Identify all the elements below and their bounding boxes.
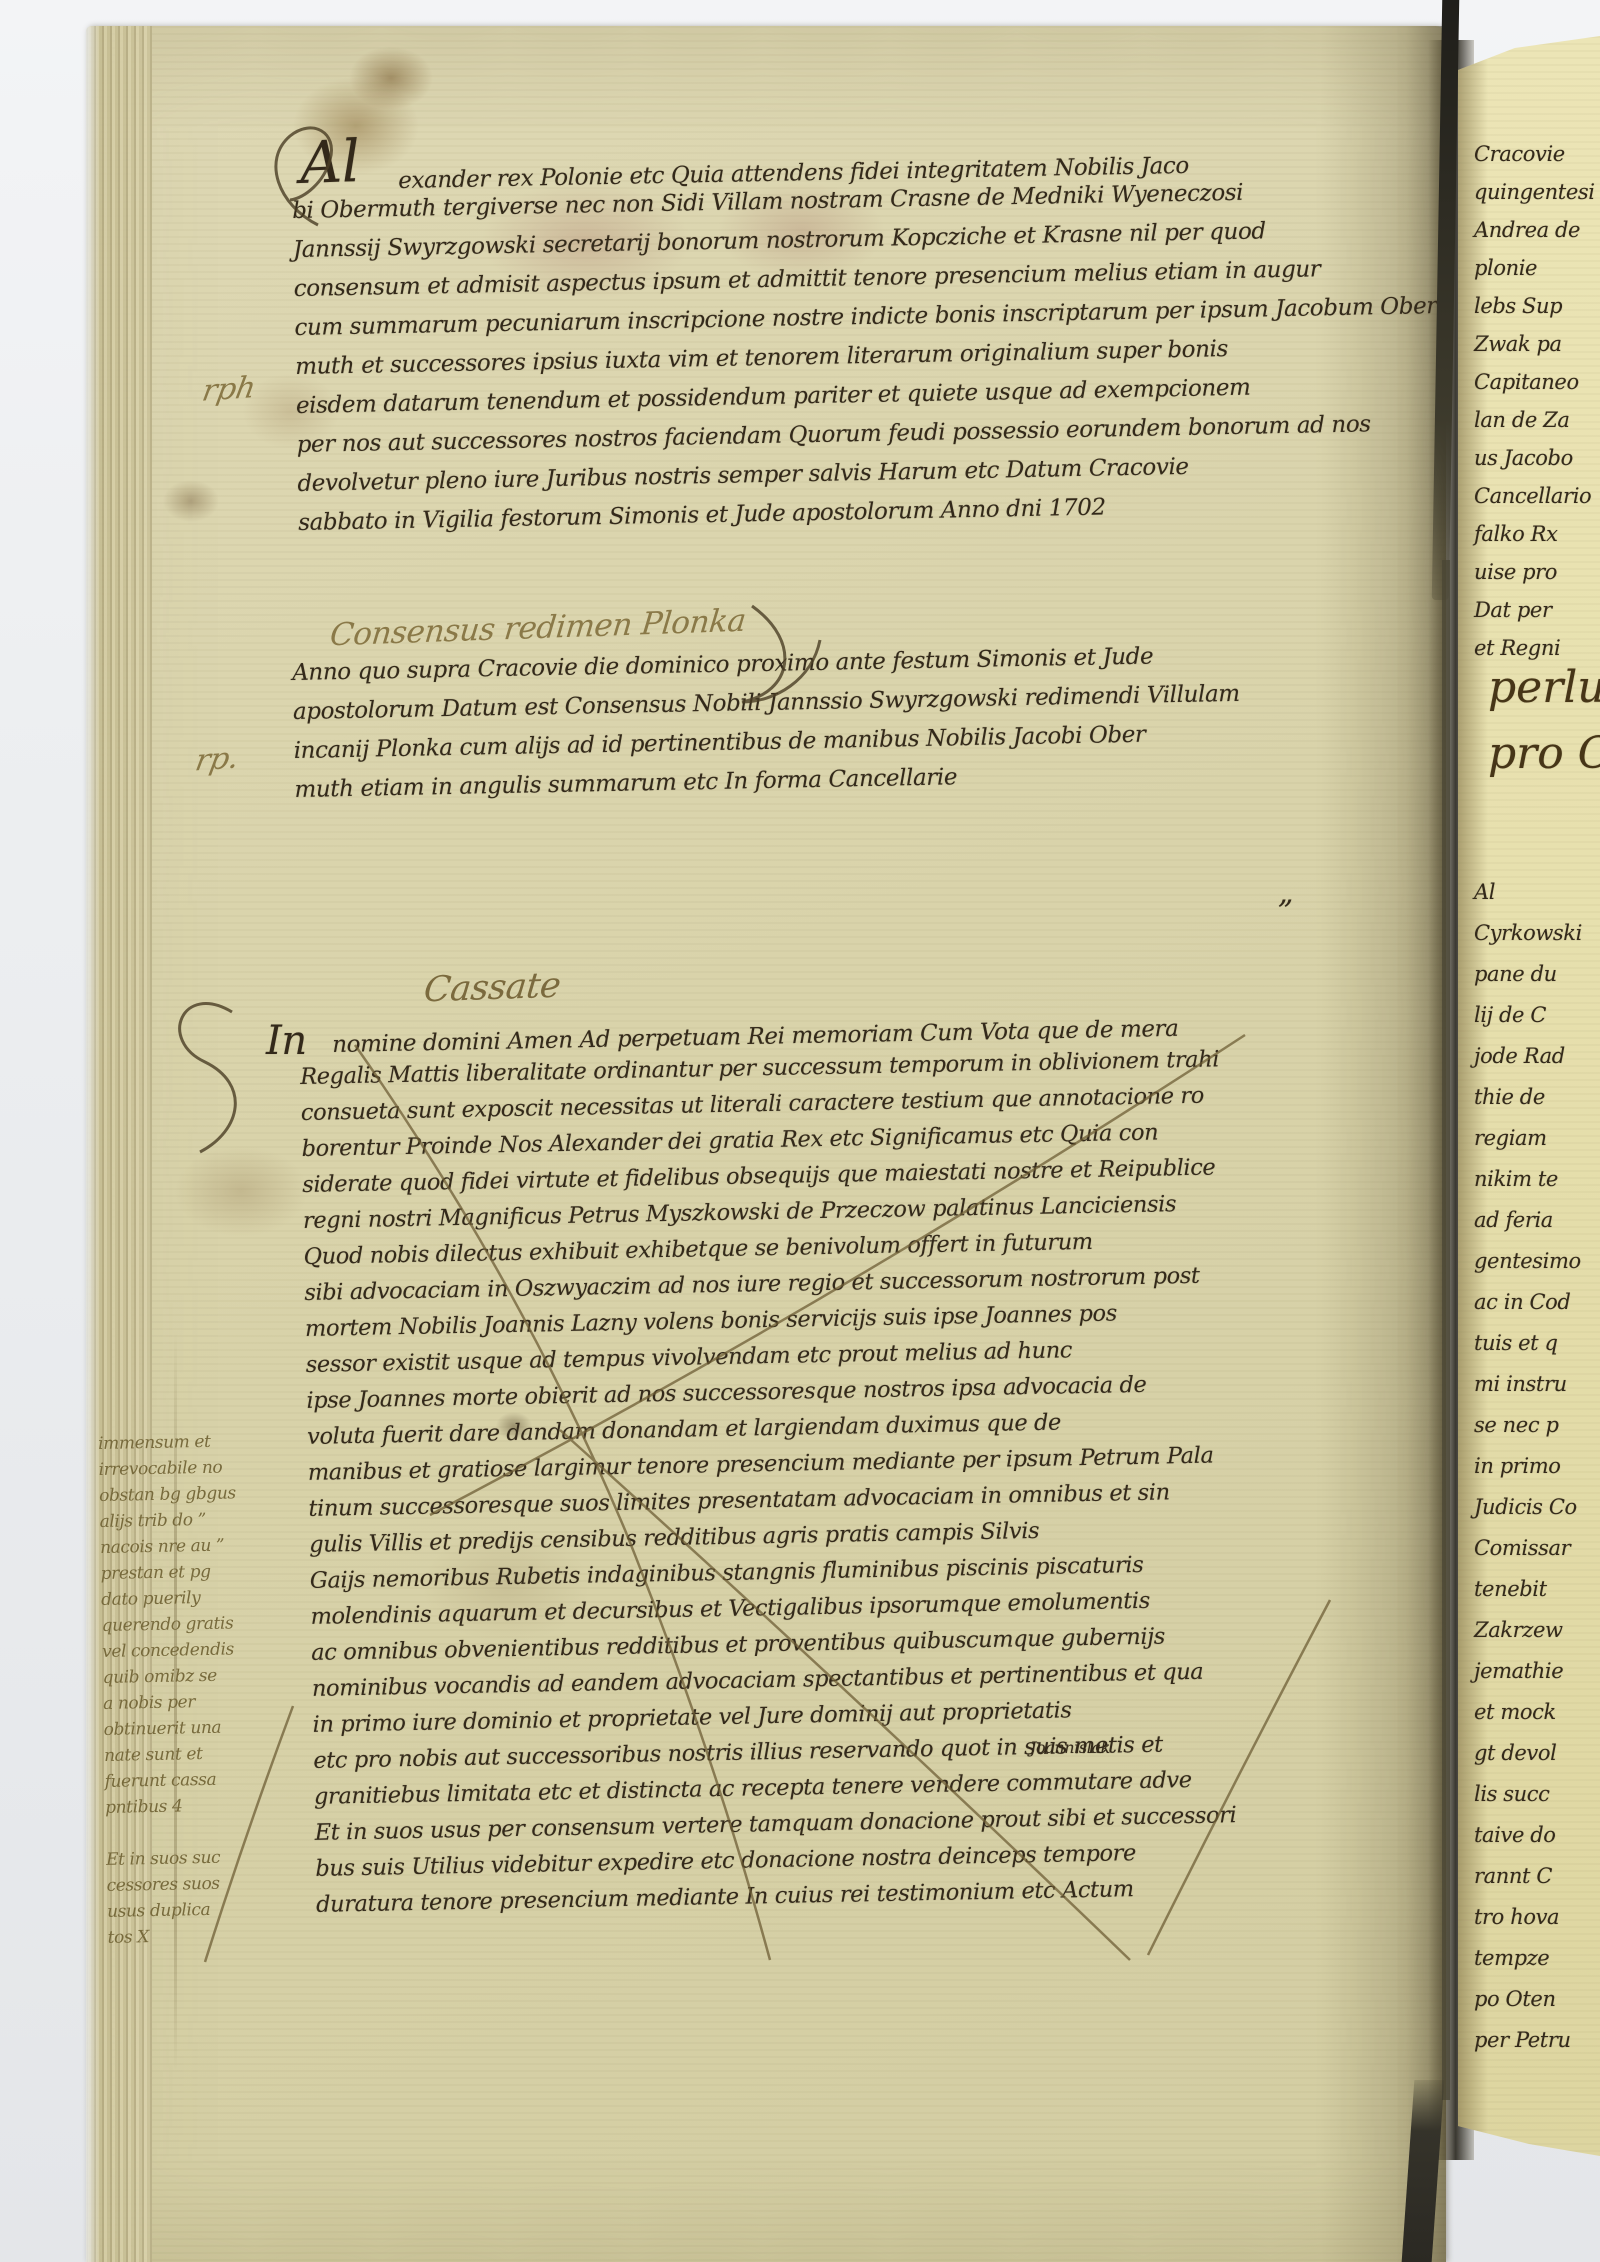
facing-line-fragment: tuis et q (1474, 1333, 1600, 1374)
facing-line-fragment: tro hova (1474, 1907, 1600, 1948)
facing-line-fragment: plonie (1474, 258, 1600, 296)
facing-line-fragment: lan de Za (1474, 410, 1600, 448)
facing-line-fragment: gentesimo (1474, 1251, 1600, 1292)
facing-line-fragment: mi instru (1474, 1374, 1600, 1415)
facing-line-fragment: ad feria (1474, 1210, 1600, 1251)
facing-line-fragment: pane du (1474, 964, 1600, 1005)
facing-line-fragment: nikim te (1474, 1169, 1600, 1210)
facing-line-fragment: Cracovie (1474, 144, 1600, 182)
facing-line-fragment: gt devol (1474, 1743, 1600, 1784)
facing-line-fragment: Comissar (1474, 1538, 1600, 1579)
facing-line-fragment: falko Rx (1474, 524, 1600, 562)
facing-line-fragment: uise pro (1474, 562, 1600, 600)
facing-line-fragment: Zwak pa (1474, 334, 1600, 372)
facing-line-fragment: quingentesi (1474, 182, 1600, 220)
facing-line-fragment: se nec p (1474, 1415, 1600, 1456)
facing-line-fragment: rannt C (1474, 1866, 1600, 1907)
facing-line-fragment: lij de C (1474, 1005, 1600, 1046)
interlinear-insertion: Joannislak (1030, 1738, 1110, 1757)
bookmark-ribbon-middle (1442, 560, 1450, 2100)
facing-line-fragment: jemathie (1474, 1661, 1600, 1702)
facing-line-fragment: tenebit (1474, 1579, 1600, 1620)
facing-line-fragment: taive do (1474, 1825, 1600, 1866)
facing-line-fragment: Cancellario (1474, 486, 1600, 524)
margin-notes: immensum etirrevocabile noobstan bg gbgu… (98, 1433, 245, 1956)
margin-note-line: tos X (107, 1927, 244, 1956)
facing-line-fragment: regiam (1474, 1128, 1600, 1169)
facing-text-fragments-bottom: AlCyrkowskipane dulij de Cjode Radthie d… (1474, 882, 1600, 2071)
facing-line-fragment: in primo (1474, 1456, 1600, 1497)
facing-text-fragments-top: CracoviequingentesiAndrea deplonielebs S… (1474, 144, 1600, 676)
marginal-comma-mark: „ (1278, 876, 1293, 911)
facing-line-fragment: et mock (1474, 1702, 1600, 1743)
facing-large-fragment: perlu (1488, 662, 1600, 713)
facing-line-fragment: ac in Cod (1474, 1292, 1600, 1333)
facing-line-fragment: thie de (1474, 1087, 1600, 1128)
facing-line-fragment: Andrea de (1474, 220, 1600, 258)
facing-line-fragment: Judicis Co (1474, 1497, 1600, 1538)
entry1-paragraph: bi Obermuth tergiverse nec non Sidi Vill… (292, 178, 1441, 551)
entry3-paragraph: Regalis Mattis liberalitate ordinantur p… (300, 1048, 1238, 1930)
entry2-paragraph: Anno quo supra Cracovie die dominico pro… (292, 644, 1242, 818)
margin-mark: rp. (193, 741, 242, 779)
margin-mark: rph (199, 370, 258, 409)
facing-line-fragment: Al (1474, 882, 1600, 923)
illuminated-initial: Al (299, 127, 361, 197)
facing-line-fragment: per Petru (1474, 2030, 1600, 2071)
facing-page-edge: CracoviequingentesiAndrea deplonielebs S… (1458, 22, 1600, 2170)
facing-line-fragment: tempze (1474, 1948, 1600, 1989)
facing-line-fragment: Zakrzew (1474, 1620, 1600, 1661)
facing-line-fragment: Capitaneo (1474, 372, 1600, 410)
cassate-heading: Cassate (422, 966, 563, 1011)
facing-line-fragment: po Oten (1474, 1989, 1600, 2030)
margin-note-line: usus duplica (107, 1901, 244, 1930)
facing-line-fragment: Cyrkowski (1474, 923, 1600, 964)
margin-note-line: pntibus 4 (105, 1797, 242, 1826)
facing-line-fragment: jode Rad (1474, 1046, 1600, 1087)
paragraph-initial: In (266, 1018, 307, 1064)
facing-line-fragment: lis succ (1474, 1784, 1600, 1825)
manuscript-scan: Al exander rex Polonie etc Quia attenden… (0, 0, 1600, 2262)
facing-line-fragment: Dat per (1474, 600, 1600, 638)
facing-line-fragment: us Jacobo (1474, 448, 1600, 486)
facing-large-fragment: pro O (1488, 728, 1600, 779)
facing-line-fragment: lebs Sup (1474, 296, 1600, 334)
